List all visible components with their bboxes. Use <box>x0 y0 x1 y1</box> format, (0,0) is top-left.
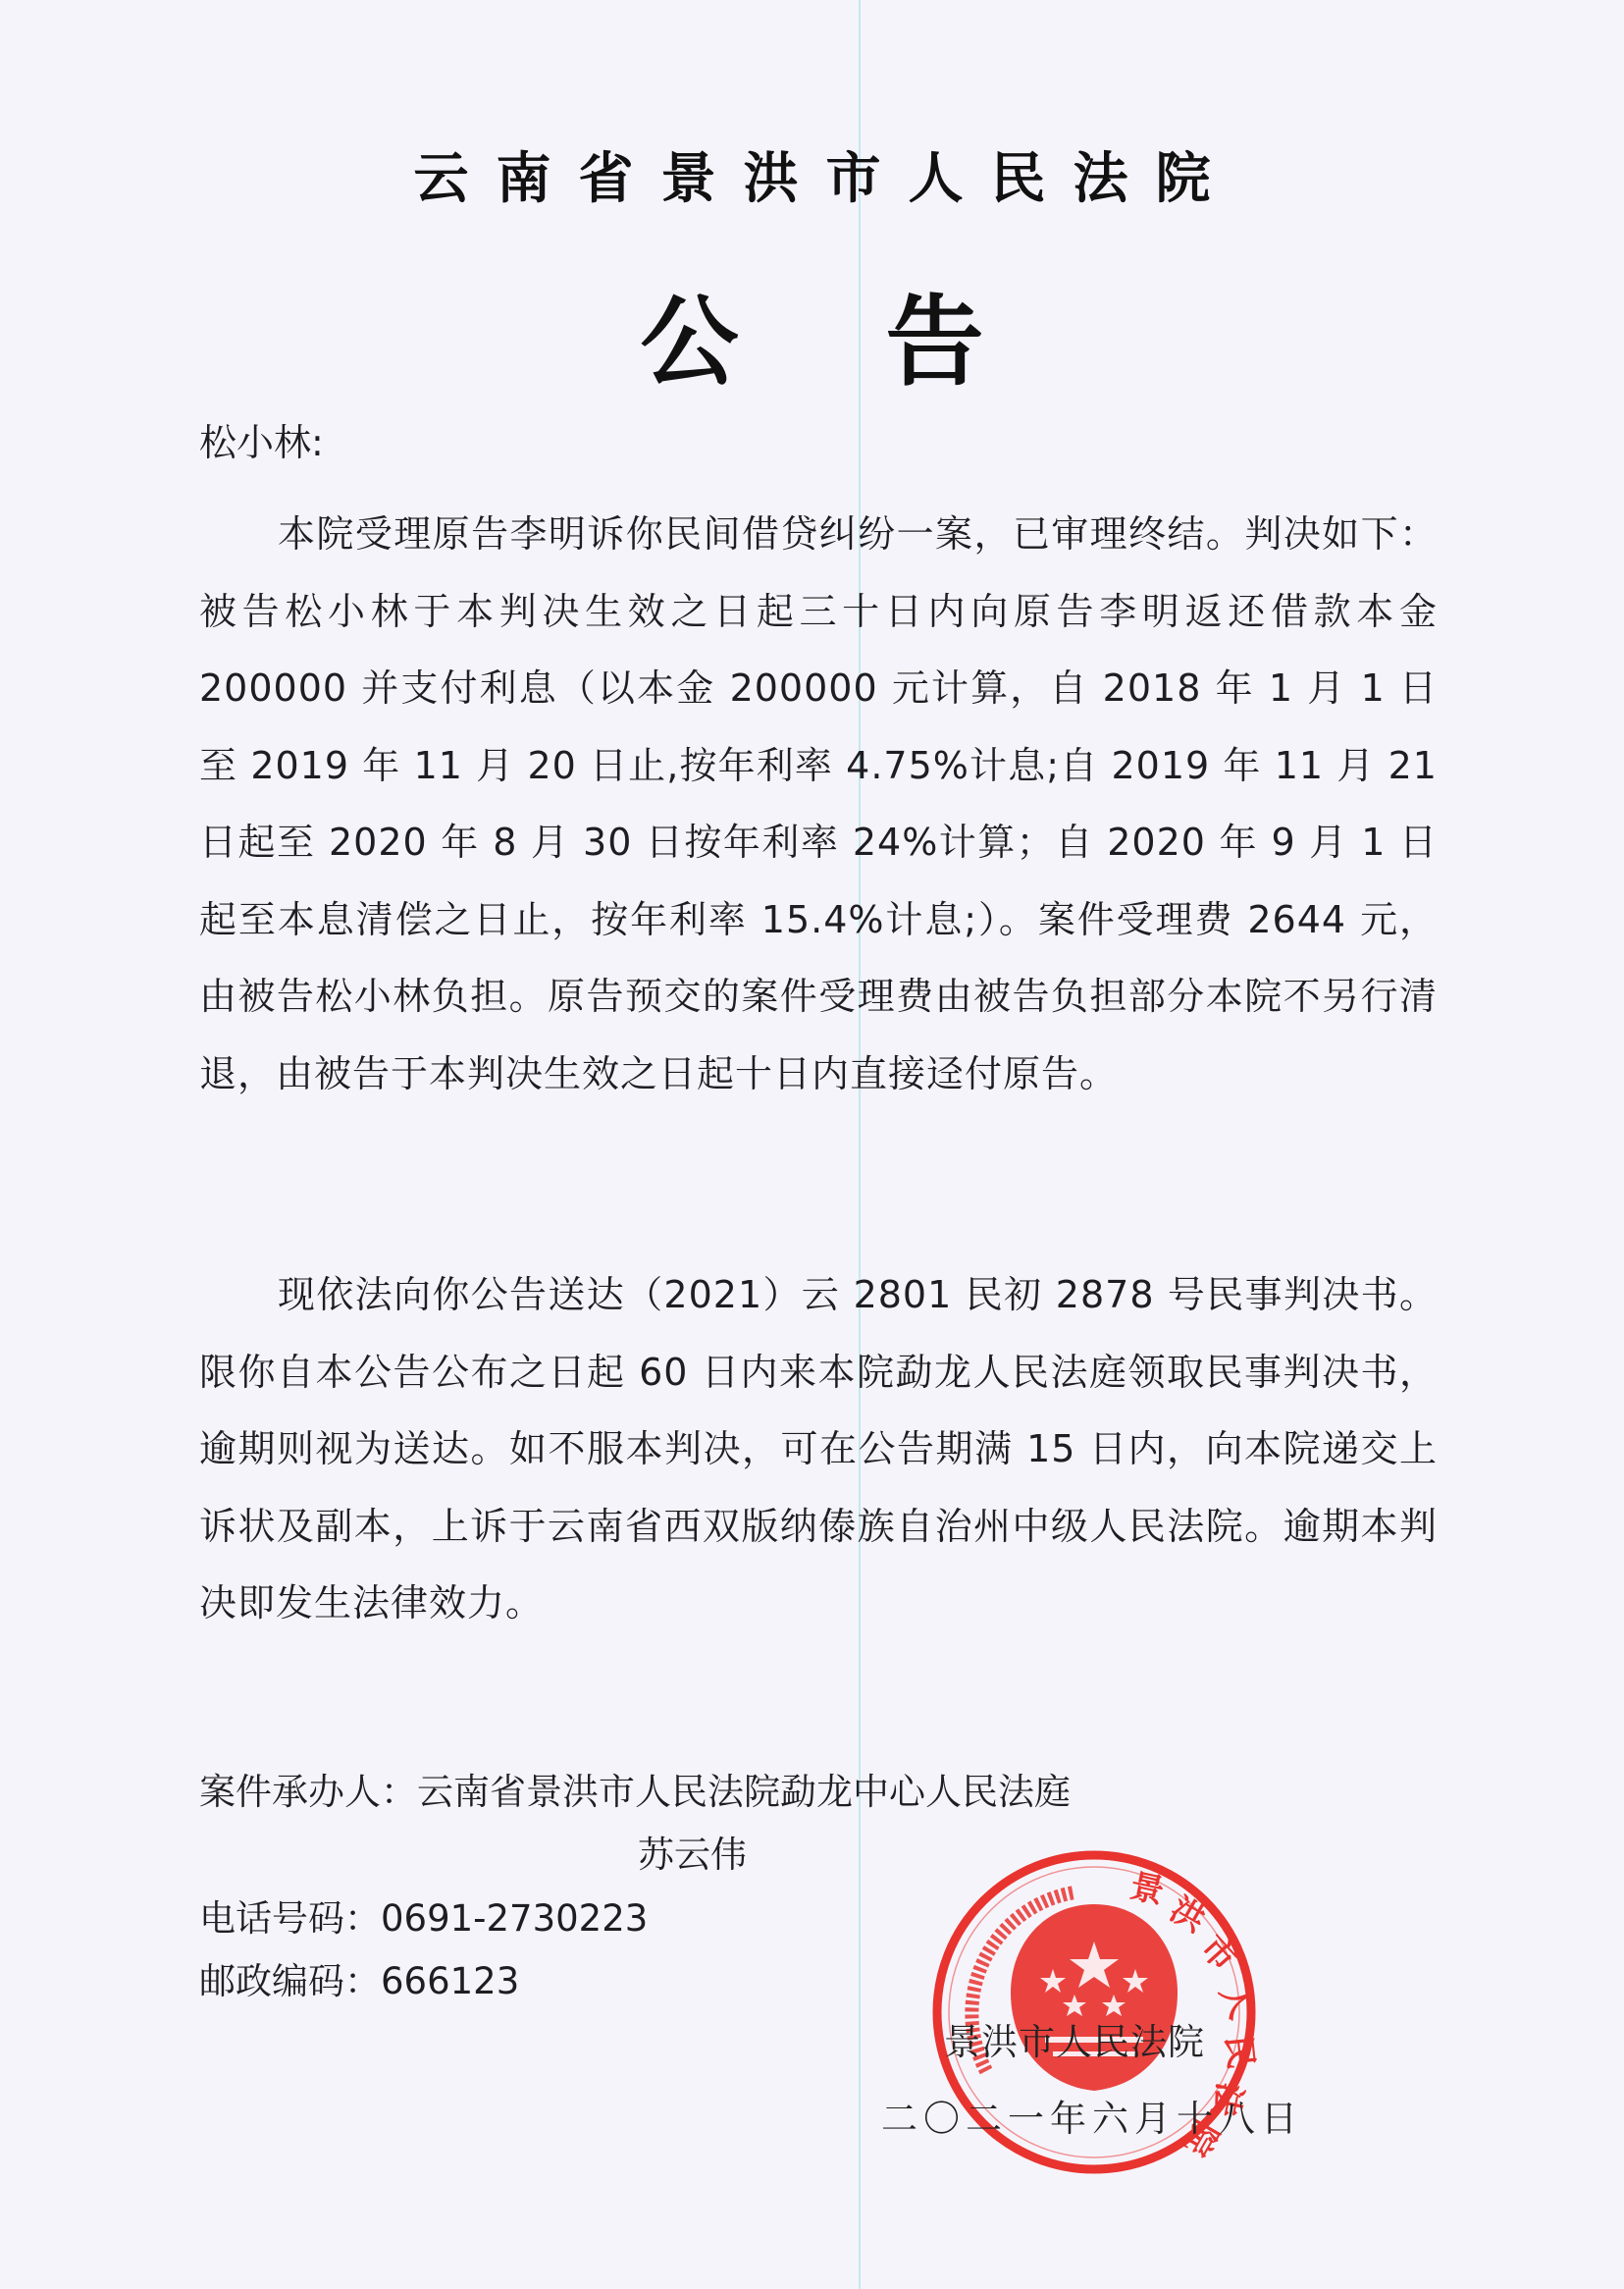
case-handler-value: 云南省景洪市人民法院勐龙中心人民法庭 <box>417 1771 1071 1813</box>
svg-text:景: 景 <box>1126 1867 1168 1912</box>
svg-text:民: 民 <box>1218 2034 1260 2071</box>
phone-number: 电话号码：0691-2730223 <box>199 1889 648 1949</box>
service-notice-paragraph: 现依法向你公告送达（2021）云 2801 民初 2878 号民事判决书。限你自… <box>199 1256 1438 1642</box>
svg-text:市: 市 <box>1192 1928 1243 1979</box>
case-handler-label: 案件承办人： <box>199 1771 417 1813</box>
judgment-paragraph: 本院受理原告李明诉你民间借贷纠纷一案，已审理终结。判决如下：被告松小林于本判决生… <box>199 496 1438 1112</box>
postcode-label: 邮政编码： <box>199 1960 381 2002</box>
document-title: 云南省景洪市人民法院 <box>0 135 1624 214</box>
case-handler-person: 苏云伟 <box>638 1825 747 1878</box>
case-handler: 案件承办人：云南省景洪市人民法院勐龙中心人民法庭 <box>199 1762 1071 1823</box>
postal-code: 邮政编码：666123 <box>199 1951 519 2012</box>
addressee: 松小林: <box>199 412 324 473</box>
issue-date: 二〇二一年六月十八日 <box>881 2089 1303 2142</box>
phone-value: 0691-2730223 <box>381 1897 648 1940</box>
phone-label: 电话号码： <box>199 1897 381 1940</box>
issuer-name: 景洪市人民法院 <box>944 2012 1205 2065</box>
postcode-value: 666123 <box>381 1960 519 2002</box>
document-subtitle: 公告 <box>0 263 1624 404</box>
